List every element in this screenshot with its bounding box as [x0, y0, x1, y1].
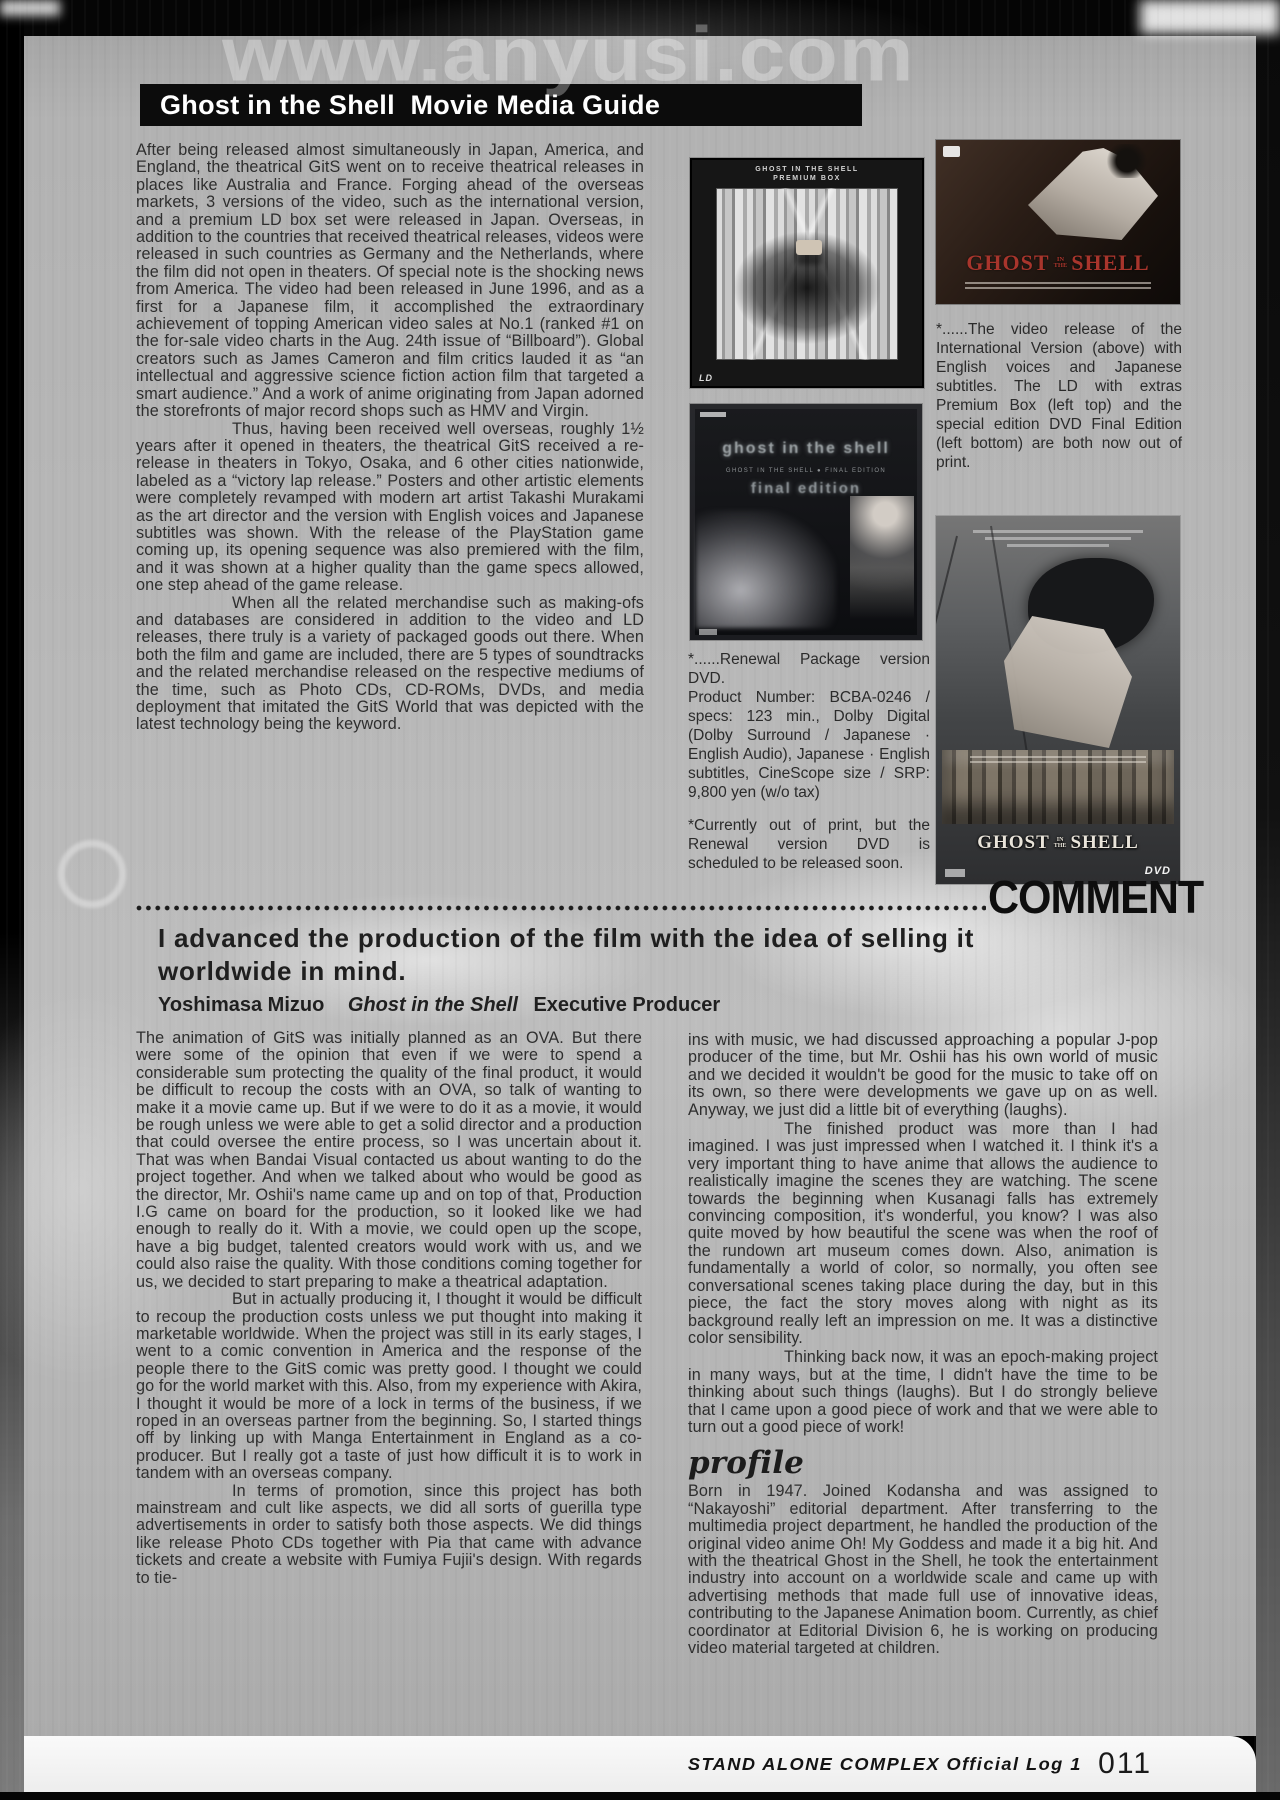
scan-border-left — [0, 0, 24, 1792]
laserdisc-logo: LD — [699, 373, 713, 383]
scan-glare-top-left — [0, 0, 60, 16]
cover-figure-hair — [1106, 144, 1148, 178]
comment-paragraph: The finished product was more than I had… — [688, 1121, 1158, 1347]
logo-word-the: THE — [1054, 843, 1067, 849]
premium-box-ld-cover: GHOST IN THE SHELL PREMIUM BOX LD — [690, 158, 924, 388]
cover-smoke-artwork — [696, 510, 836, 628]
caption-text: *......The video release of the Internat… — [936, 320, 1182, 472]
cover-figure-artwork — [850, 496, 914, 626]
intro-paragraph: After being released almost simultaneous… — [136, 142, 644, 421]
logo-word-ghost: GHOST — [966, 250, 1049, 276]
comment-paragraph: The animation of GitS was initially plan… — [136, 1030, 642, 1291]
magazine-scan-page: Ghost in the Shell Movie Media Guide Aft… — [0, 0, 1280, 1800]
publisher-mark-icon — [943, 146, 960, 157]
logo-word-shell: SHELL — [1070, 832, 1138, 854]
cover-tagline-lines — [970, 753, 1146, 766]
ghost-title-text: ghost in the shell — [690, 440, 922, 458]
caption-international-video: *......The video release of the Internat… — [936, 320, 1182, 472]
caption-specs: Product Number: BCBA-0246 / specs: 123 m… — [688, 688, 930, 802]
profile-paragraph: Born in 1947. Joined Kodansha and was as… — [688, 1483, 1158, 1657]
intro-paragraph: Thus, having been received well overseas… — [136, 421, 644, 595]
scan-border-bottom — [0, 1792, 1280, 1800]
final-edition-subtitle: GHOST IN THE SHELL ● FINAL EDITION — [690, 468, 922, 474]
comment-headline: I advanced the production of the film wi… — [158, 922, 988, 988]
premium-box-title: GHOST IN THE SHELL PREMIUM BOX — [690, 165, 924, 183]
comment-paragraph: But in actually producing it, I thought … — [136, 1291, 642, 1482]
caption-title: *......Renewal Package version DVD. — [688, 650, 930, 688]
article-title-bar: Ghost in the Shell Movie Media Guide — [140, 84, 862, 126]
scan-glare-top-right — [1140, 0, 1280, 34]
final-edition-dvd-cover: ghost in the shell GHOST IN THE SHELL ● … — [690, 404, 922, 640]
international-version-video-cover: GHOST IN THE SHELL — [936, 140, 1180, 304]
cover-cable-artwork — [936, 536, 958, 721]
page-number: 011 — [1098, 1747, 1152, 1781]
caption-note: *Currently out of print, but the Renewal… — [688, 816, 930, 873]
profile-heading: profile — [688, 1446, 1158, 1480]
comment-paragraph: ins with music, we had discussed approac… — [688, 1032, 1158, 1119]
comment-paragraph: Thinking back now, it was an epoch-makin… — [688, 1349, 1158, 1436]
scan-border-top — [0, 0, 1280, 36]
premium-box-artwork — [716, 188, 898, 360]
publisher-mark-icon — [945, 869, 965, 877]
premium-box-title-line2: PREMIUM BOX — [690, 174, 924, 183]
logo-words-in-the: IN THE — [1054, 837, 1067, 849]
logo-word-shell: SHELL — [1071, 250, 1149, 276]
page-footer: STAND ALONE COMPLEX Official Log 1 011 — [24, 1736, 1256, 1792]
intro-article-column: After being released almost simultaneous… — [136, 142, 644, 734]
producer-role: Executive Producer — [533, 994, 720, 1016]
final-edition-title-text: final edition — [690, 480, 922, 497]
scan-ring-artifact — [58, 840, 126, 908]
publisher-mark-icon — [700, 412, 726, 417]
comment-column-right: ins with music, we had discussed approac… — [688, 1030, 1158, 1657]
film-title: Ghost in the Shell — [348, 994, 518, 1016]
ghost-in-the-shell-logo: GHOST IN THE SHELL — [936, 250, 1180, 276]
comment-byline: Yoshimasa Mizuo Ghost in the Shell Execu… — [158, 994, 720, 1017]
format-mark — [699, 629, 717, 635]
logo-word-ghost: GHOST — [977, 832, 1050, 854]
producer-name: Yoshimasa Mizuo — [158, 994, 324, 1016]
caption-renewal-dvd: *......Renewal Package version DVD. Prod… — [688, 650, 930, 873]
premium-box-title-line1: GHOST IN THE SHELL — [690, 165, 924, 174]
logo-word-the: THE — [1054, 263, 1068, 270]
article-title: Ghost in the Shell Movie Media Guide — [160, 90, 660, 121]
logo-words-in-the: IN THE — [1054, 257, 1068, 270]
comment-paragraph: In terms of promotion, since this projec… — [136, 1483, 642, 1587]
cover-fine-print-lines — [965, 279, 1150, 292]
comment-section-label: COMMENT — [988, 872, 1203, 925]
scan-border-right — [1256, 0, 1280, 1792]
cover-credit-text-lines — [973, 526, 1144, 551]
intro-paragraph: When all the related merchandise such as… — [136, 595, 644, 734]
comment-column-left: The animation of GitS was initially plan… — [136, 1030, 642, 1587]
dotted-divider — [136, 904, 986, 912]
footer-series-title: STAND ALONE COMPLEX Official Log 1 — [688, 1754, 1082, 1775]
ghost-in-the-shell-logo: GHOST IN THE SHELL — [936, 832, 1180, 854]
renewal-dvd-cover: GHOST IN THE SHELL DVD — [936, 516, 1180, 884]
